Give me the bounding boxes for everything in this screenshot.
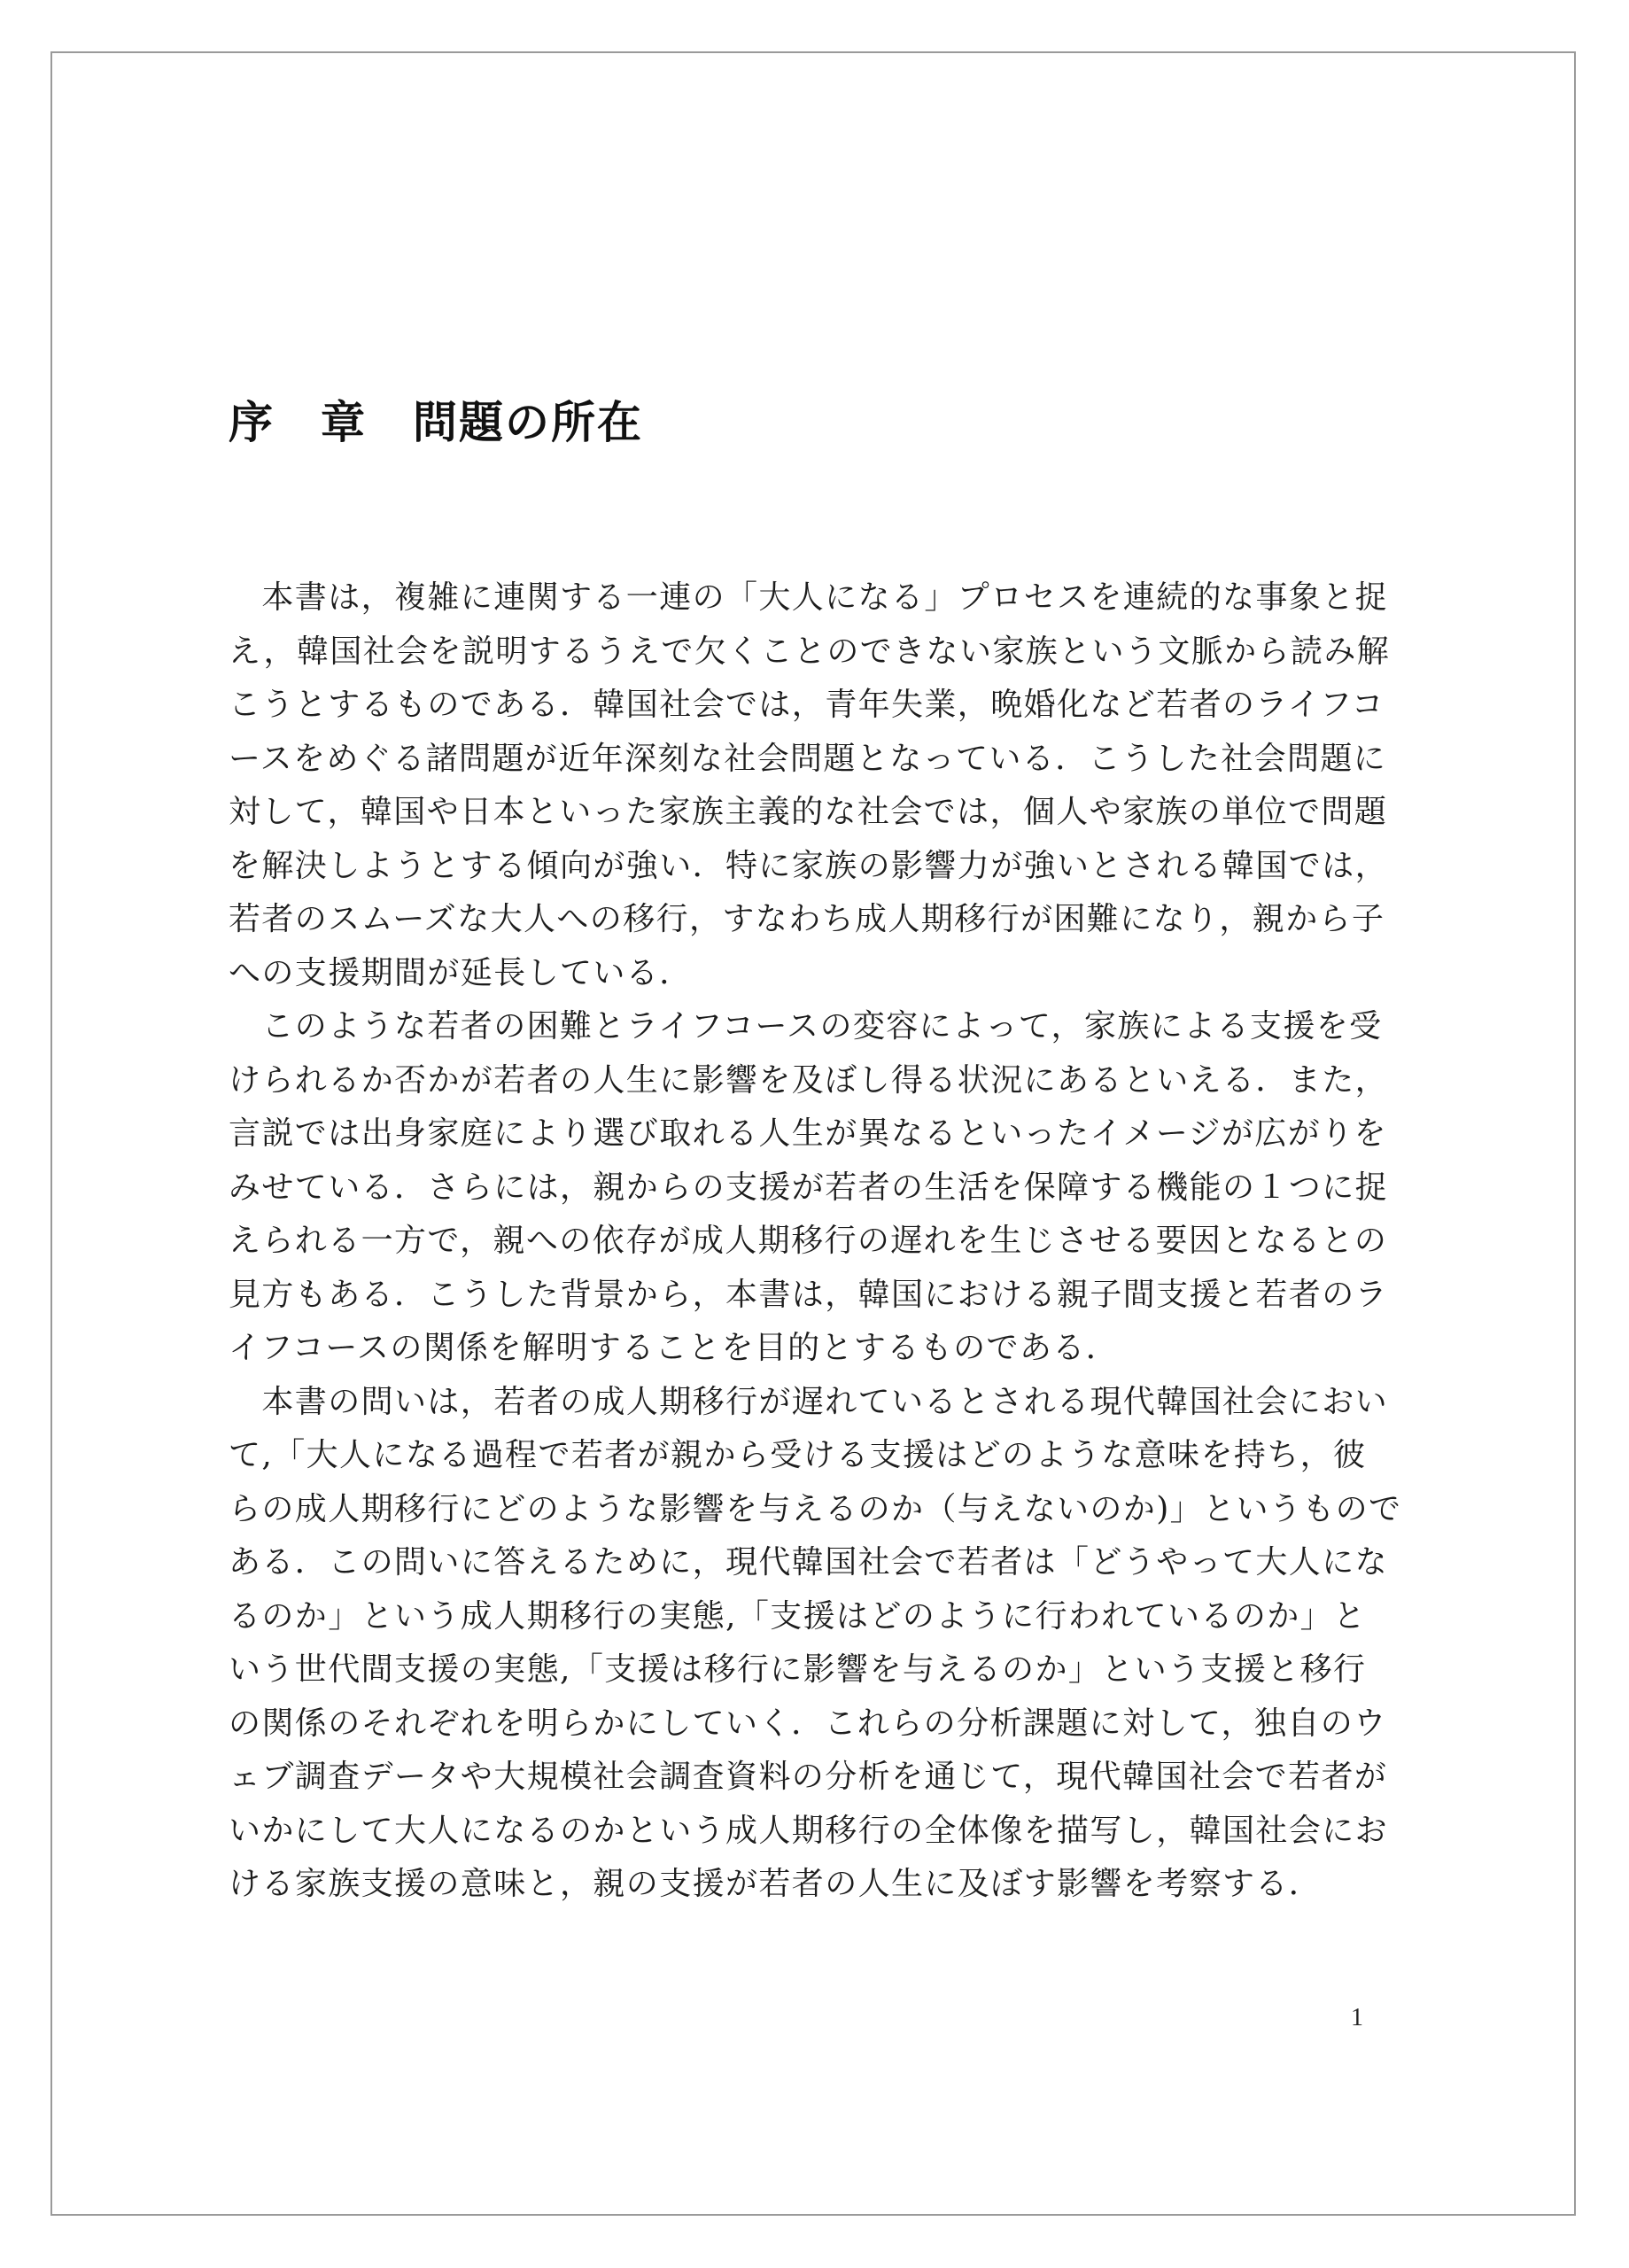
text-line: への支援期間が延長している．	[229, 947, 1403, 1001]
chapter-title: 序 章 問題の所在	[229, 400, 643, 445]
text-line: 本書は，複雑に連関する一連の「大人になる」プロセスを連続的な事象と捉	[229, 571, 1403, 625]
page-number: 1	[1351, 2004, 1363, 2032]
body-text: 本書は，複雑に連関する一連の「大人になる」プロセスを連続的な事象と捉 え，韓国社…	[229, 571, 1403, 1912]
text-line: るのか」という成人期移行の実態,「支援はどのように行われているのか」と	[229, 1590, 1403, 1644]
text-line: このような若者の困難とライフコースの変容によって，家族による支援を受	[229, 1000, 1403, 1054]
text-line: イフコースの関係を解明することを目的とするものである．	[229, 1322, 1403, 1376]
text-line: 本書の問いは，若者の成人期移行が遅れているとされる現代韓国社会におい	[229, 1376, 1403, 1430]
text-line: ェブ調査データや大規模社会調査資料の分析を通じて，現代韓国社会で若者が	[229, 1751, 1403, 1805]
text-line: 対して，韓国や日本といった家族主義的な社会では，個人や家族の単位で問題	[229, 786, 1403, 840]
text-line: らの成人期移行にどのような影響を与えるのか（与えないのか)」というもので	[229, 1483, 1403, 1537]
text-line: いかにして大人になるのかという成人期移行の全体像を描写し，韓国社会にお	[229, 1805, 1403, 1859]
text-line: 言説では出身家庭により選び取れる人生が異なるといったイメージが広がりを	[229, 1107, 1403, 1161]
text-line: ける家族支援の意味と，親の支援が若者の人生に及ぼす影響を考察する．	[229, 1858, 1403, 1912]
text-line: こうとするものである．韓国社会では，青年失業，晩婚化など若者のライフコ	[229, 679, 1403, 733]
text-line: て,「大人になる過程で若者が親から受ける支援はどのような意味を持ち，彼	[229, 1429, 1403, 1483]
text-line: えられる一方で，親への依存が成人期移行の遅れを生じさせる要因となるとの	[229, 1215, 1403, 1269]
text-line: 見方もある．こうした背景から，本書は，韓国における親子間支援と若者のラ	[229, 1269, 1403, 1323]
text-line: 若者のスムーズな大人への移行，すなわち成人期移行が困難になり，親から子	[229, 893, 1403, 947]
text-line: を解決しようとする傾向が強い．特に家族の影響力が強いとされる韓国では，	[229, 840, 1403, 894]
text-line: え，韓国社会を説明するうえで欠くことのできない家族という文脈から読み解	[229, 625, 1403, 680]
text-line: ースをめぐる諸問題が近年深刻な社会問題となっている．こうした社会問題に	[229, 733, 1403, 787]
text-line: いう世代間支援の実態,「支援は移行に影響を与えるのか」という支援と移行	[229, 1643, 1403, 1697]
text-line: ある．この問いに答えるために，現代韓国社会で若者は「どうやって大人にな	[229, 1536, 1403, 1590]
text-line: けられるか否かが若者の人生に影響を及ぼし得る状況にあるといえる．また，	[229, 1054, 1403, 1108]
text-line: の関係のそれぞれを明らかにしていく．これらの分析課題に対して，独自のウ	[229, 1697, 1403, 1751]
text-line: みせている．さらには，親からの支援が若者の生活を保障する機能の１つに捉	[229, 1161, 1403, 1216]
